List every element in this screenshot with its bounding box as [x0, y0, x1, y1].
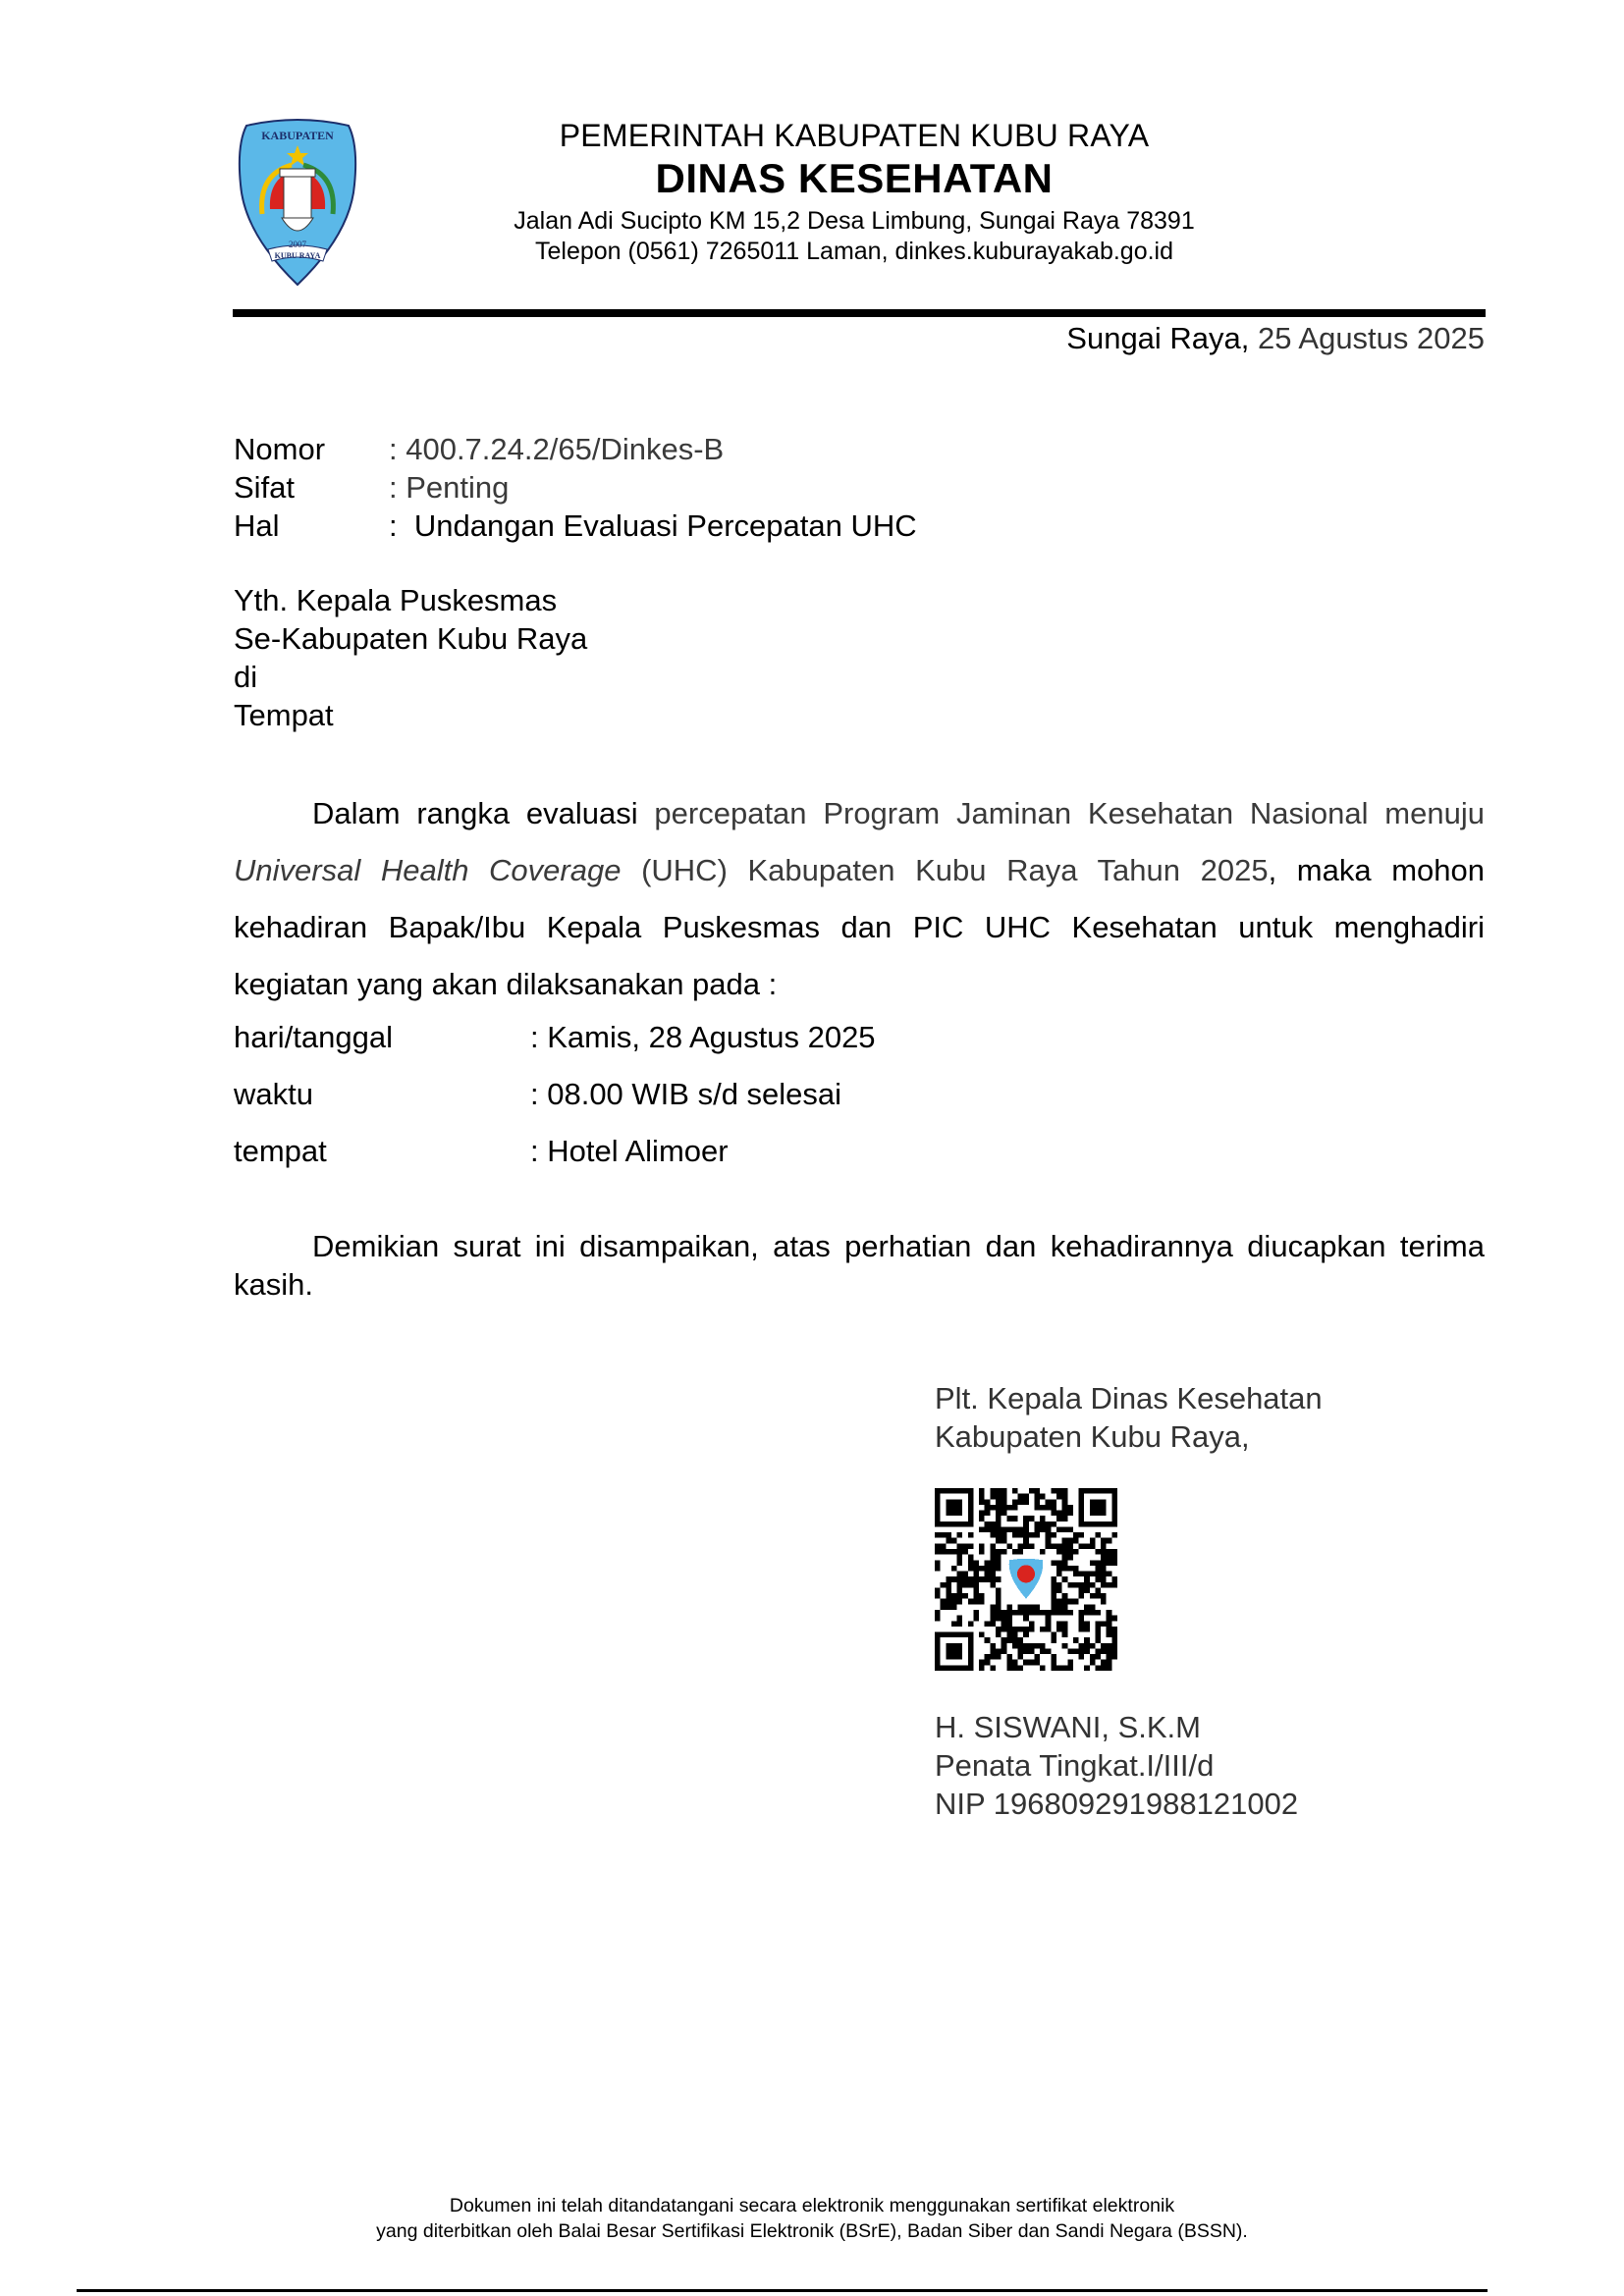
- body-text: percepatan Program Jaminan Kesehatan Nas…: [654, 796, 1485, 830]
- schedule-row-time: waktu: 08.00 WIB s/d selesai: [234, 1077, 841, 1112]
- body-text: (UHC) Kabupaten Kubu Raya Tahun 2025: [621, 853, 1268, 887]
- meta-label: Sifat: [234, 470, 389, 506]
- letterhead-divider: [233, 309, 1486, 317]
- meta-value: : 400.7.24.2/65/Dinkes-B: [389, 432, 724, 466]
- addressee-line: Se-Kabupaten Kubu Raya: [234, 621, 587, 657]
- svg-text:KABUPATEN: KABUPATEN: [261, 129, 334, 142]
- e-signature-notice: yang diterbitkan oleh Balai Besar Sertif…: [0, 2220, 1624, 2243]
- schedule-value: : Hotel Alimoer: [530, 1134, 729, 1168]
- addressee-line: di: [234, 660, 257, 695]
- signatory-title: Kabupaten Kubu Raya,: [935, 1419, 1250, 1455]
- schedule-row-date: hari/tanggal: Kamis, 28 Agustus 2025: [234, 1020, 876, 1055]
- meta-nomor: Nomor: 400.7.24.2/65/Dinkes-B: [234, 432, 724, 467]
- body-text-italic: Universal Health Coverage: [234, 853, 621, 887]
- government-name: PEMERINTAH KABUPATEN KUBU RAYA: [363, 118, 1345, 154]
- place-date: Sungai Raya, 25 Agustus 2025: [1066, 321, 1485, 356]
- letter-date: 25 Agustus 2025: [1249, 321, 1485, 355]
- closing-paragraph: Demikian surat ini disampaikan, atas per…: [234, 1227, 1485, 1304]
- schedule-row-place: tempat: Hotel Alimoer: [234, 1134, 729, 1169]
- signatory-title: Plt. Kepala Dinas Kesehatan: [935, 1381, 1323, 1416]
- body-text: Dalam rangka evaluasi: [312, 796, 654, 830]
- signatory-nip: NIP 196809291988121002: [935, 1787, 1298, 1822]
- schedule-label: hari/tanggal: [234, 1020, 530, 1055]
- signatory-rank: Penata Tingkat.I/III/d: [935, 1748, 1214, 1784]
- footer-divider: [77, 2289, 1488, 2292]
- office-address: Jalan Adi Sucipto KM 15,2 Desa Limbung, …: [363, 207, 1345, 236]
- meta-hal: Hal: Undangan Evaluasi Percepatan UHC: [234, 508, 917, 544]
- addressee-line: Tempat: [234, 698, 334, 733]
- svg-text:KUBU RAYA: KUBU RAYA: [275, 251, 321, 260]
- department-name: DINAS KESEHATAN: [363, 155, 1345, 202]
- place: Sungai Raya,: [1066, 321, 1249, 355]
- body-paragraph: Dalam rangka evaluasi percepatan Program…: [234, 785, 1485, 1013]
- qr-code-icon: [935, 1488, 1117, 1671]
- svg-text:2007: 2007: [289, 240, 307, 249]
- schedule-value: : Kamis, 28 Agustus 2025: [530, 1020, 876, 1054]
- meta-label: Hal: [234, 508, 389, 544]
- schedule-label: tempat: [234, 1134, 530, 1169]
- schedule-label: waktu: [234, 1077, 530, 1112]
- meta-value: : Penting: [389, 470, 509, 505]
- e-signature-notice: Dokumen ini telah ditandatangani secara …: [0, 2195, 1624, 2217]
- addressee-line: Yth. Kepala Puskesmas: [234, 583, 557, 618]
- kabupaten-crest-icon: KABUPATEN 2007 KUBU RAYA: [233, 116, 362, 289]
- signatory-name: H. SISWANI, S.K.M: [935, 1710, 1201, 1745]
- schedule-value: : 08.00 WIB s/d selesai: [530, 1077, 841, 1111]
- meta-sifat: Sifat: Penting: [234, 470, 509, 506]
- meta-label: Nomor: [234, 432, 389, 467]
- office-contact: Telepon (0561) 7265011 Laman, dinkes.kub…: [363, 238, 1345, 266]
- meta-value: : Undangan Evaluasi Percepatan UHC: [389, 508, 917, 543]
